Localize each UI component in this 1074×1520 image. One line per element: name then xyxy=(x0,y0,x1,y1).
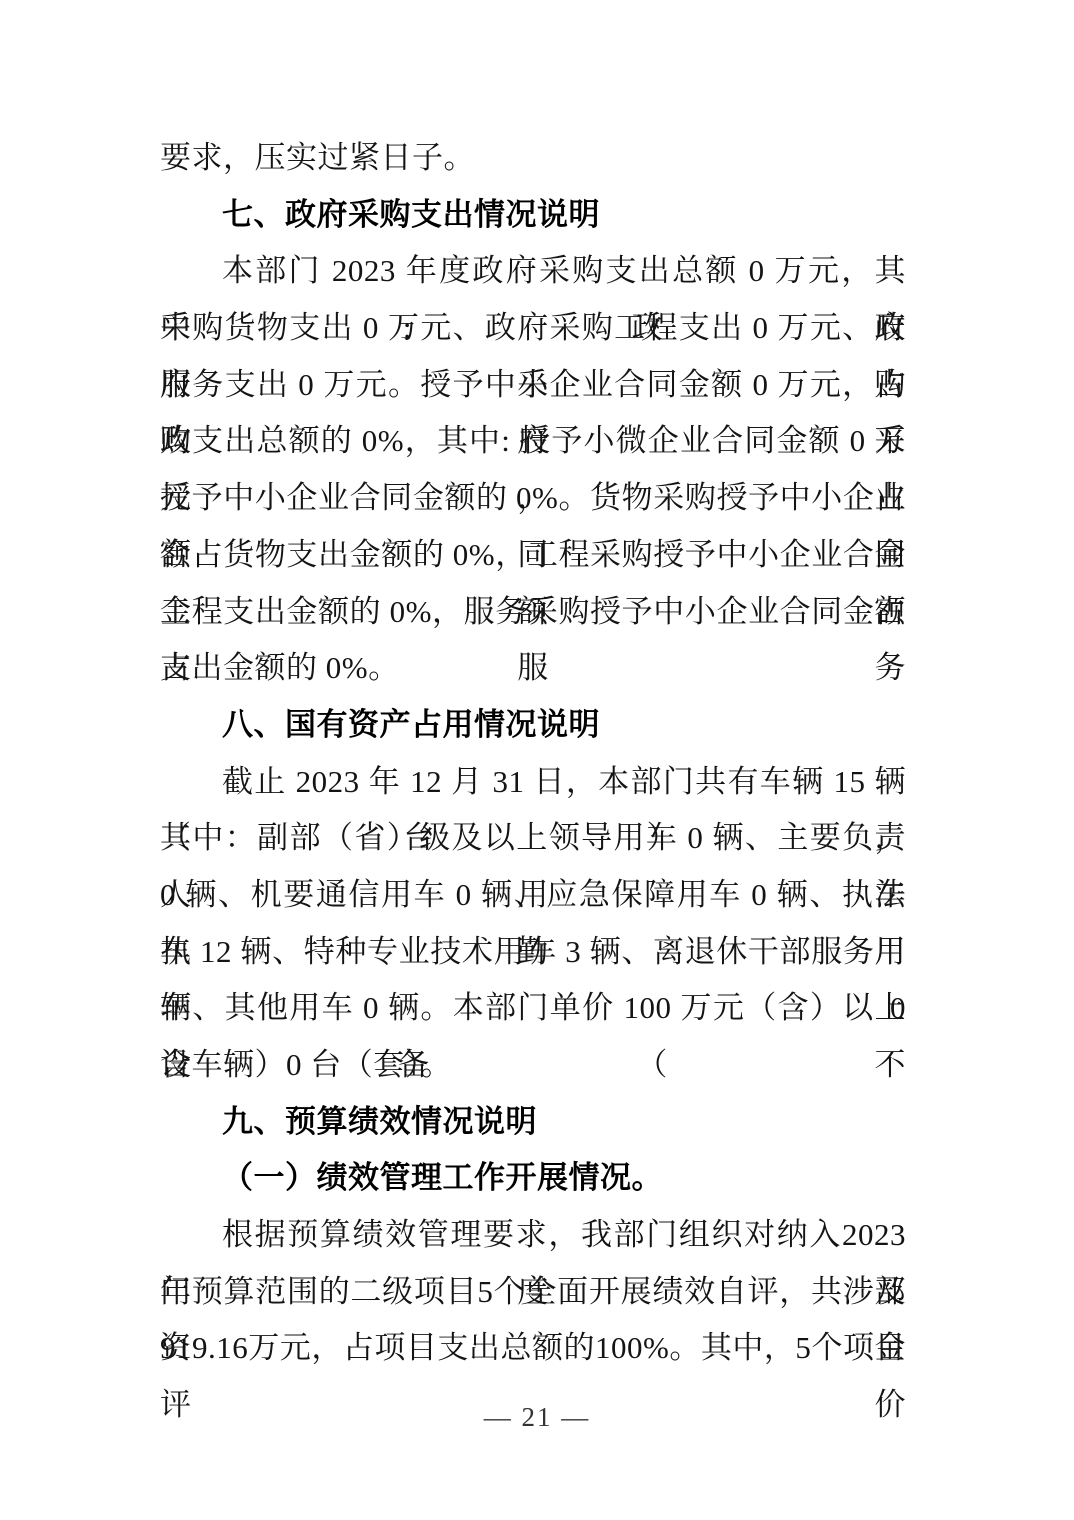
text-line: 服务支出 0 万元。授予中小企业合同金额 0 万元，占政府采 xyxy=(160,357,906,414)
sub-heading: （一）绩效管理工作开展情况。 xyxy=(160,1150,906,1207)
text-line: 919.16万元，占项目支出总额的100%。其中，5个项目评价 xyxy=(160,1320,906,1377)
text-line: 购支出总额的 0%，其中: 授予小微企业合同金额 0 万元，占 xyxy=(160,413,906,470)
text-line: 工程支出金额的 0%，服务采购授予中小企业合同金额占服务 xyxy=(160,584,906,641)
text-line: 门预算范围的二级项目5个全面开展绩效自评，共涉及资金 xyxy=(160,1264,906,1321)
page-number: — 21 — xyxy=(0,1402,1074,1433)
document-body: 要求，压实过紧日子。七、政府采购支出情况说明本部门 2023 年度政府采购支出总… xyxy=(160,130,906,1377)
text-line: 0 辆、机要通信用车 0 辆、应急保障用车 0 辆、执法执勤用 xyxy=(160,867,906,924)
text-line: 车 12 辆、特种专业技术用车 3 辆、离退休干部服务用车 0 xyxy=(160,924,906,981)
section-heading: 九、预算绩效情况说明 xyxy=(160,1094,906,1151)
text-line: 辆、其他用车 0 辆。本部门单价 100 万元（含）以上设备（不 xyxy=(160,980,906,1037)
section-heading: 七、政府采购支出情况说明 xyxy=(160,187,906,244)
text-line: 采购货物支出 0 万元、政府采购工程支出 0 万元、政府采购 xyxy=(160,300,906,357)
section-heading: 八、国有资产占用情况说明 xyxy=(160,697,906,754)
text-line: 授予中小企业合同金额的 0%。货物采购授予中小企业合同金 xyxy=(160,470,906,527)
text-line: 本部门 2023 年度政府采购支出总额 0 万元，其中: 政府 xyxy=(160,243,906,300)
text-line: 其中：副部（省）级及以上领导用车 0 辆、主要负责人用车 xyxy=(160,810,906,867)
text-line: 要求，压实过紧日子。 xyxy=(160,130,906,187)
document-page: 要求，压实过紧日子。七、政府采购支出情况说明本部门 2023 年度政府采购支出总… xyxy=(0,0,1074,1520)
text-line: 截止 2023 年 12 月 31 日，本部门共有车辆 15 辆（台）， xyxy=(160,754,906,811)
text-line: 额占货物支出金额的 0%，工程采购授予中小企业合同金额占 xyxy=(160,527,906,584)
text-line: 根据预算绩效管理要求，我部门组织对纳入2023年度部 xyxy=(160,1207,906,1264)
